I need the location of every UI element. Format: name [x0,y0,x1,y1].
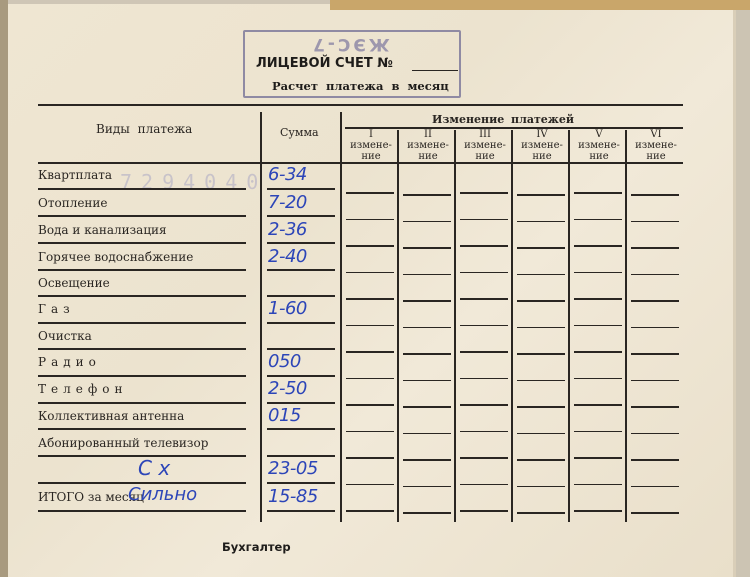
change-entry-blank[interactable] [346,431,394,433]
change-entry-blank[interactable] [403,512,451,514]
amount-rule [267,510,335,512]
change-entry-blank[interactable] [460,298,508,300]
row-rule [38,428,246,430]
change-entry-blank[interactable] [517,247,565,249]
change-number: II [403,129,453,140]
change-entry-blank[interactable] [631,512,679,514]
change-entry-blank[interactable] [631,194,679,196]
change-entry-blank[interactable] [631,486,679,488]
change-entry-blank[interactable] [517,459,565,461]
change-entry-blank[interactable] [631,327,679,329]
amount-rule [267,348,335,350]
paper-edge-top [330,0,750,10]
change-number: I [346,129,396,140]
change-entry-blank[interactable] [517,486,565,488]
change-entry-blank[interactable] [517,353,565,355]
row-label-heating: Отопление [38,196,108,210]
amount-radio[interactable]: 050 [268,351,301,372]
col-divider-changes [340,112,342,522]
change-entry-blank[interactable] [574,484,622,486]
change-entry-blank[interactable] [346,325,394,327]
change-entry-blank[interactable] [403,194,451,196]
amount-hot-water[interactable]: 2-40 [268,246,307,267]
change-number: III [460,129,510,140]
change-entry-blank[interactable] [460,245,508,247]
change-entry-blank[interactable] [574,219,622,221]
change-entry-blank[interactable] [631,353,679,355]
row-label-hot-water: Горячее водоснабжение [38,250,193,264]
change-entry-blank[interactable] [574,192,622,194]
col-divider-amount [260,112,262,522]
amount-rule [267,269,335,271]
change-entry-blank[interactable] [346,351,394,353]
change-entry-blank[interactable] [346,510,394,512]
change-entry-blank[interactable] [403,247,451,249]
faint-background-number: 7294040 [120,170,267,194]
change-entry-blank[interactable] [460,484,508,486]
change-label: измене-ние [460,140,510,162]
change-entry-blank[interactable] [403,486,451,488]
change-entry-blank[interactable] [574,378,622,380]
change-entry-blank[interactable] [403,300,451,302]
change-number: VI [631,129,681,140]
amount-antenna[interactable]: 015 [268,405,301,426]
amount-rule [267,375,335,377]
row-label-rent: Квартплата [38,168,112,182]
change-entry-blank[interactable] [631,221,679,223]
row-label-cleaning: Очистка [38,329,92,343]
change-entry-blank[interactable] [631,380,679,382]
row-label-antenna: Коллективная антенна [38,409,184,423]
account-number-line[interactable] [412,70,458,71]
col-divider-5 [568,130,570,522]
change-entry-blank[interactable] [460,457,508,459]
amount-rule [267,482,335,484]
table-top-rule [38,104,683,106]
paper-edge-left [0,0,8,577]
amount-phone[interactable]: 2-50 [268,378,307,399]
change-entry-blank[interactable] [460,219,508,221]
col-divider-2 [397,130,399,522]
change-entry-blank[interactable] [574,510,622,512]
change-entry-blank[interactable] [517,433,565,435]
change-entry-blank[interactable] [631,274,679,276]
amount-rule [267,215,335,217]
form-subtitle: Расчет платежа в месяц [272,79,449,93]
amount-heating[interactable]: 7-20 [268,192,307,213]
change-number: V [574,129,624,140]
change-entry-blank[interactable] [403,380,451,382]
row-label-gas: Газ [38,302,75,316]
row-rule [38,188,246,190]
row-rule [38,402,246,404]
change-entry-blank[interactable] [403,327,451,329]
change-entry-blank[interactable] [517,380,565,382]
change-entry-blank[interactable] [517,406,565,408]
change-entry-blank[interactable] [403,459,451,461]
accountant-label: Бухгалтер [222,540,291,554]
row-rule [38,215,246,217]
change-entry-blank[interactable] [403,274,451,276]
header-change-2: II измене-ние [403,129,453,162]
change-entry-blank[interactable] [346,457,394,459]
account-title: ЛИЦЕВОЙ СЧЕТ № [256,56,393,71]
change-entry-blank[interactable] [574,457,622,459]
amount-rent[interactable]: 6-34 [268,164,307,185]
row-rule [38,242,246,244]
change-entry-blank[interactable] [460,510,508,512]
amount-rule [267,322,335,324]
change-entry-blank[interactable] [517,327,565,329]
change-entry-blank[interactable] [631,406,679,408]
change-entry-blank[interactable] [346,272,394,274]
amount-subtotal[interactable]: 23-05 [268,458,318,479]
row-label-lighting: Освещение [38,276,110,290]
amount-total[interactable]: 15-85 [268,486,318,507]
row-rule [38,322,246,324]
change-entry-blank[interactable] [574,351,622,353]
header-change-3: III измене-ние [460,129,510,162]
header-amount: Сумма [280,126,319,139]
amount-rule [267,455,335,457]
handwritten-note-cx: С х [138,456,170,480]
row-rule [38,269,246,271]
col-divider-6 [625,130,627,522]
amount-rule [267,295,335,297]
change-entry-blank[interactable] [346,378,394,380]
change-label: измене-ние [403,140,453,162]
change-label: измене-ние [517,140,567,162]
row-rule [38,375,246,377]
change-entry-blank[interactable] [460,351,508,353]
change-entry-blank[interactable] [517,512,565,514]
change-label: измене-ние [631,140,681,162]
row-rule [38,295,246,297]
amount-rule [267,188,335,190]
change-entry-blank[interactable] [574,298,622,300]
col-divider-3 [454,130,456,522]
stamp-text: ЖЭС-7 [310,34,390,54]
change-entry-blank[interactable] [346,484,394,486]
change-entry-blank[interactable] [631,459,679,461]
amount-rule [267,242,335,244]
row-rule [38,510,246,512]
change-entry-blank[interactable] [460,378,508,380]
change-entry-blank[interactable] [574,325,622,327]
change-entry-blank[interactable] [460,431,508,433]
change-entry-blank[interactable] [403,406,451,408]
header-change-1: I измене-ние [346,129,396,162]
amount-rule [267,428,335,430]
change-entry-blank[interactable] [403,221,451,223]
change-label: измене-ние [346,140,396,162]
handwritten-signature: Сильно [128,484,197,505]
change-entry-blank[interactable] [346,192,394,194]
change-entry-blank[interactable] [574,431,622,433]
amount-rule [267,402,335,404]
change-entry-blank[interactable] [574,245,622,247]
change-entry-blank[interactable] [517,300,565,302]
change-entry-blank[interactable] [517,194,565,196]
change-entry-blank[interactable] [460,272,508,274]
header-change-5: V измене-ние [574,129,624,162]
change-label: измене-ние [574,140,624,162]
change-entry-blank[interactable] [460,404,508,406]
change-entry-blank[interactable] [346,219,394,221]
change-entry-blank[interactable] [403,353,451,355]
change-entry-blank[interactable] [346,245,394,247]
header-payment-type: Виды платежа [96,122,192,136]
amount-water[interactable]: 2-36 [268,219,307,240]
change-number: IV [517,129,567,140]
header-changes-group: Изменение платежей [432,113,574,126]
change-entry-blank[interactable] [460,325,508,327]
change-entry-blank[interactable] [346,298,394,300]
change-entry-blank[interactable] [346,404,394,406]
row-label-phone: Телефон [38,382,127,396]
row-label-tv: Абонированный телевизор [38,436,208,450]
change-entry-blank[interactable] [403,433,451,435]
col-divider-4 [511,130,513,522]
header-change-6: VI измене-ние [631,129,681,162]
change-entry-blank[interactable] [574,272,622,274]
amount-gas[interactable]: 1-60 [268,298,307,319]
change-entry-blank[interactable] [517,274,565,276]
change-entry-blank[interactable] [517,221,565,223]
header-change-4: IV измене-ние [517,129,567,162]
change-entry-blank[interactable] [574,404,622,406]
row-rule [38,348,246,350]
row-label-radio: Радио [38,355,101,369]
change-entry-blank[interactable] [631,247,679,249]
row-label-water: Вода и канализация [38,223,167,237]
change-entry-blank[interactable] [460,192,508,194]
change-entry-blank[interactable] [631,300,679,302]
header-bottom-rule [38,162,683,164]
change-entry-blank[interactable] [631,433,679,435]
